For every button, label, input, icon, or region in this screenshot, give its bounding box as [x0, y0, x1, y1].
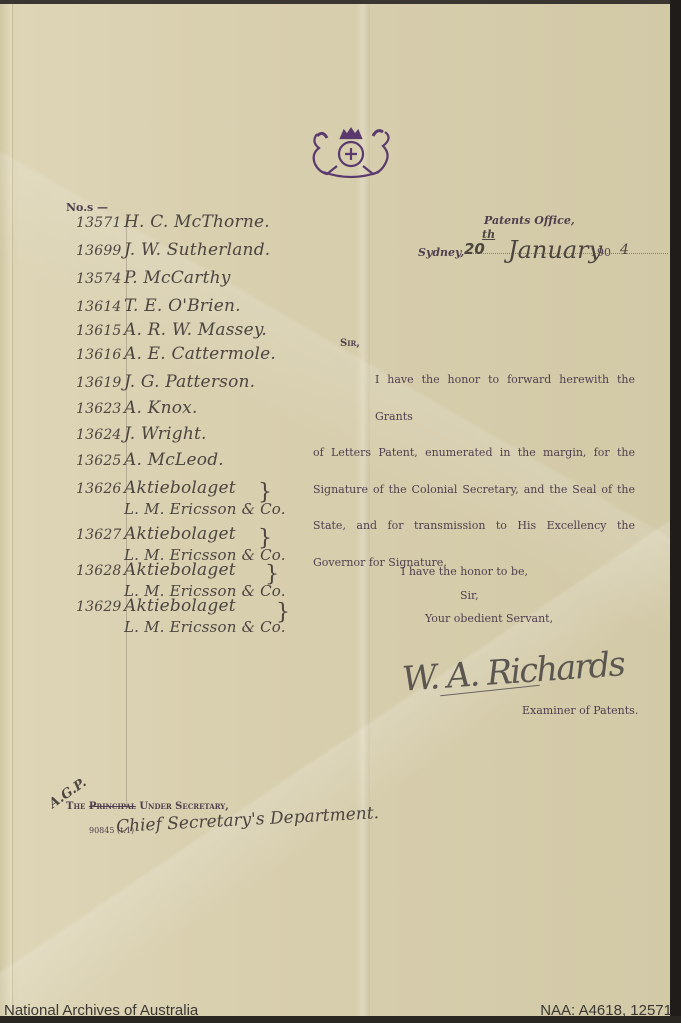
letter-body-first-line: I have the honor to forward herewith the… [313, 362, 635, 435]
patent-entry: 13615A. R. W. Massey. [76, 320, 267, 340]
patent-entry: 13623A. Knox. [76, 398, 198, 418]
patent-entry: 13614T. E. O'Brien. [76, 296, 241, 316]
date-day: 20 [464, 240, 485, 258]
form-number: 90845 (t.1) [89, 826, 134, 835]
closing-line-1: I have the honor to be, [401, 565, 528, 578]
letter-body: I have the honor to forward herewith the… [313, 362, 635, 581]
scan-right-edge [670, 0, 681, 1023]
brace-mark: } [258, 480, 272, 505]
brace-mark: } [276, 600, 290, 625]
document-page: No.s — 13571H. C. McThorne. 13699J. W. S… [0, 4, 670, 1016]
office-name: Patents Office, [484, 214, 575, 227]
patent-entry: 13699J. W. Sutherland. [76, 240, 270, 260]
archive-watermark: National Archives of Australia [4, 1002, 198, 1019]
archive-reference: NAA: A4618, 12571 [540, 1002, 672, 1019]
patent-entry: 13571H. C. McThorne. [76, 212, 270, 232]
letter-body-rest: of Letters Patent, enumerated in the mar… [313, 435, 635, 581]
addressee-the: The [66, 801, 85, 812]
patent-entry: 13624J. Wright. [76, 424, 207, 444]
date-year-handwritten: 4 [620, 242, 629, 258]
coat-of-arms-icon [303, 122, 399, 182]
addressee-title: Under Secretary, [139, 801, 228, 812]
patent-entry: 13628AktiebolagetL. M. Ericsson & Co. [76, 560, 236, 580]
city: Sydney, [418, 246, 464, 259]
folded-left-edge [0, 4, 13, 1016]
signature: W. A. Richards [401, 644, 625, 699]
brace-mark: } [258, 526, 272, 551]
date-year-printed: 190 [590, 246, 611, 259]
addressee-struck-word: Principal [89, 801, 136, 812]
brace-mark: } [265, 562, 279, 587]
salutation: Sir, [340, 338, 360, 349]
addressee: The Principal Under Secretary, [66, 801, 229, 812]
date-suffix: th [482, 228, 495, 241]
date-month: January [508, 236, 602, 264]
patent-entry: 13619J. G. Patterson. [76, 372, 255, 392]
patent-entry: 13626AktiebolagetL. M. Ericsson & Co. [76, 478, 236, 498]
patent-entry: 13574P. McCarthy [76, 268, 231, 288]
patent-entry: 13629AktiebolagetL. M. Ericsson & Co. [76, 596, 236, 616]
patent-entry: 13616A. E. Cattermole. [76, 344, 276, 364]
closing-line-3: Your obedient Servant, [425, 612, 553, 625]
patent-entry: 13625A. McLeod. [76, 450, 224, 470]
closing-line-2: Sir, [460, 589, 479, 602]
signatory-title: Examiner of Patents. [522, 704, 638, 717]
patent-entry: 13627AktiebolagetL. M. Ericsson & Co. [76, 524, 236, 544]
